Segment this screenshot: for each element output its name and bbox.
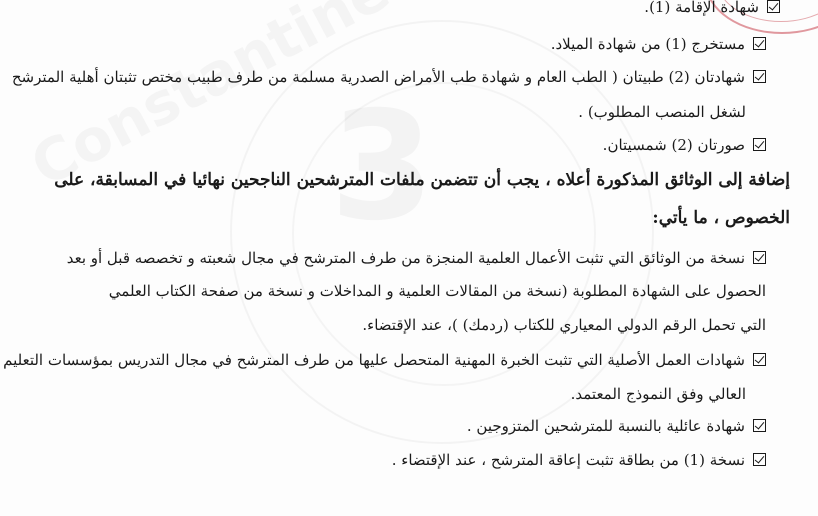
list-item-scientific-works: نسخة من الوثائق التي تثبت الأعمال العلمي… xyxy=(67,248,766,268)
list-item-continuation: الحصول على الشهادة المطلوبة (نسخة من الم… xyxy=(109,281,766,301)
list-item-text: شهادات العمل الأصلية التي تثبت الخبرة ال… xyxy=(3,351,745,369)
checkbox-checked-icon xyxy=(753,138,766,151)
list-item-disability-card: نسخة (1) من بطاقة تثبت إعاقة المترشح ، ع… xyxy=(392,450,766,470)
list-item-family-certificate: شهادة عائلية بالنسبة للمترشحين المتزوجين… xyxy=(467,416,766,436)
checkbox-checked-icon xyxy=(767,0,780,13)
checkbox-checked-icon xyxy=(753,353,766,366)
list-item-continuation: التي تحمل الرقم الدولي المعياري للكتاب (… xyxy=(362,315,766,335)
list-item-medical-certificates: شهادتان (2) طبيتان ( الطب العام و شهادة … xyxy=(12,67,766,87)
list-item-work-certificates: شهادات العمل الأصلية التي تثبت الخبرة ال… xyxy=(3,350,766,370)
checkbox-checked-icon xyxy=(753,251,766,264)
list-item-text: شهادتان (2) طبيتان ( الطب العام و شهادة … xyxy=(12,68,745,86)
checkbox-checked-icon xyxy=(753,70,766,83)
list-item-continuation: العالي وفق النموذج المعتمد. xyxy=(571,384,746,404)
list-item-continuation: لشغل المنصب المطلوب) . xyxy=(578,102,746,122)
list-item-photos: صورتان (2) شمسيتان. xyxy=(603,135,766,155)
checkbox-checked-icon xyxy=(753,419,766,432)
scanned-document-page: 3 Constantine شهادة الإقامة (1). مستخرج … xyxy=(0,0,818,516)
list-item-residence-certificate: شهادة الإقامة (1). xyxy=(644,0,780,17)
list-item-text: لشغل المنصب المطلوب) . xyxy=(578,103,746,121)
list-item-text: مستخرج (1) من شهادة الميلاد. xyxy=(551,35,745,53)
checkbox-checked-icon xyxy=(753,453,766,466)
watermark-digit: 3 xyxy=(330,80,434,254)
list-item-birth-certificate: مستخرج (1) من شهادة الميلاد. xyxy=(551,34,766,54)
list-item-text: نسخة (1) من بطاقة تثبت إعاقة المترشح ، ع… xyxy=(392,451,745,469)
list-item-text: صورتان (2) شمسيتان. xyxy=(603,136,745,154)
list-item-text: شهادة الإقامة (1). xyxy=(644,0,759,16)
checkbox-checked-icon xyxy=(753,37,766,50)
requirements-paragraph-line-1: إضافة إلى الوثائق المذكورة أعلاه ، يجب أ… xyxy=(54,170,790,190)
list-item-text: نسخة من الوثائق التي تثبت الأعمال العلمي… xyxy=(67,249,745,267)
requirements-paragraph-line-2: الخصوص ، ما يأتي: xyxy=(652,208,790,228)
list-item-text: شهادة عائلية بالنسبة للمترشحين المتزوجين… xyxy=(467,417,745,435)
